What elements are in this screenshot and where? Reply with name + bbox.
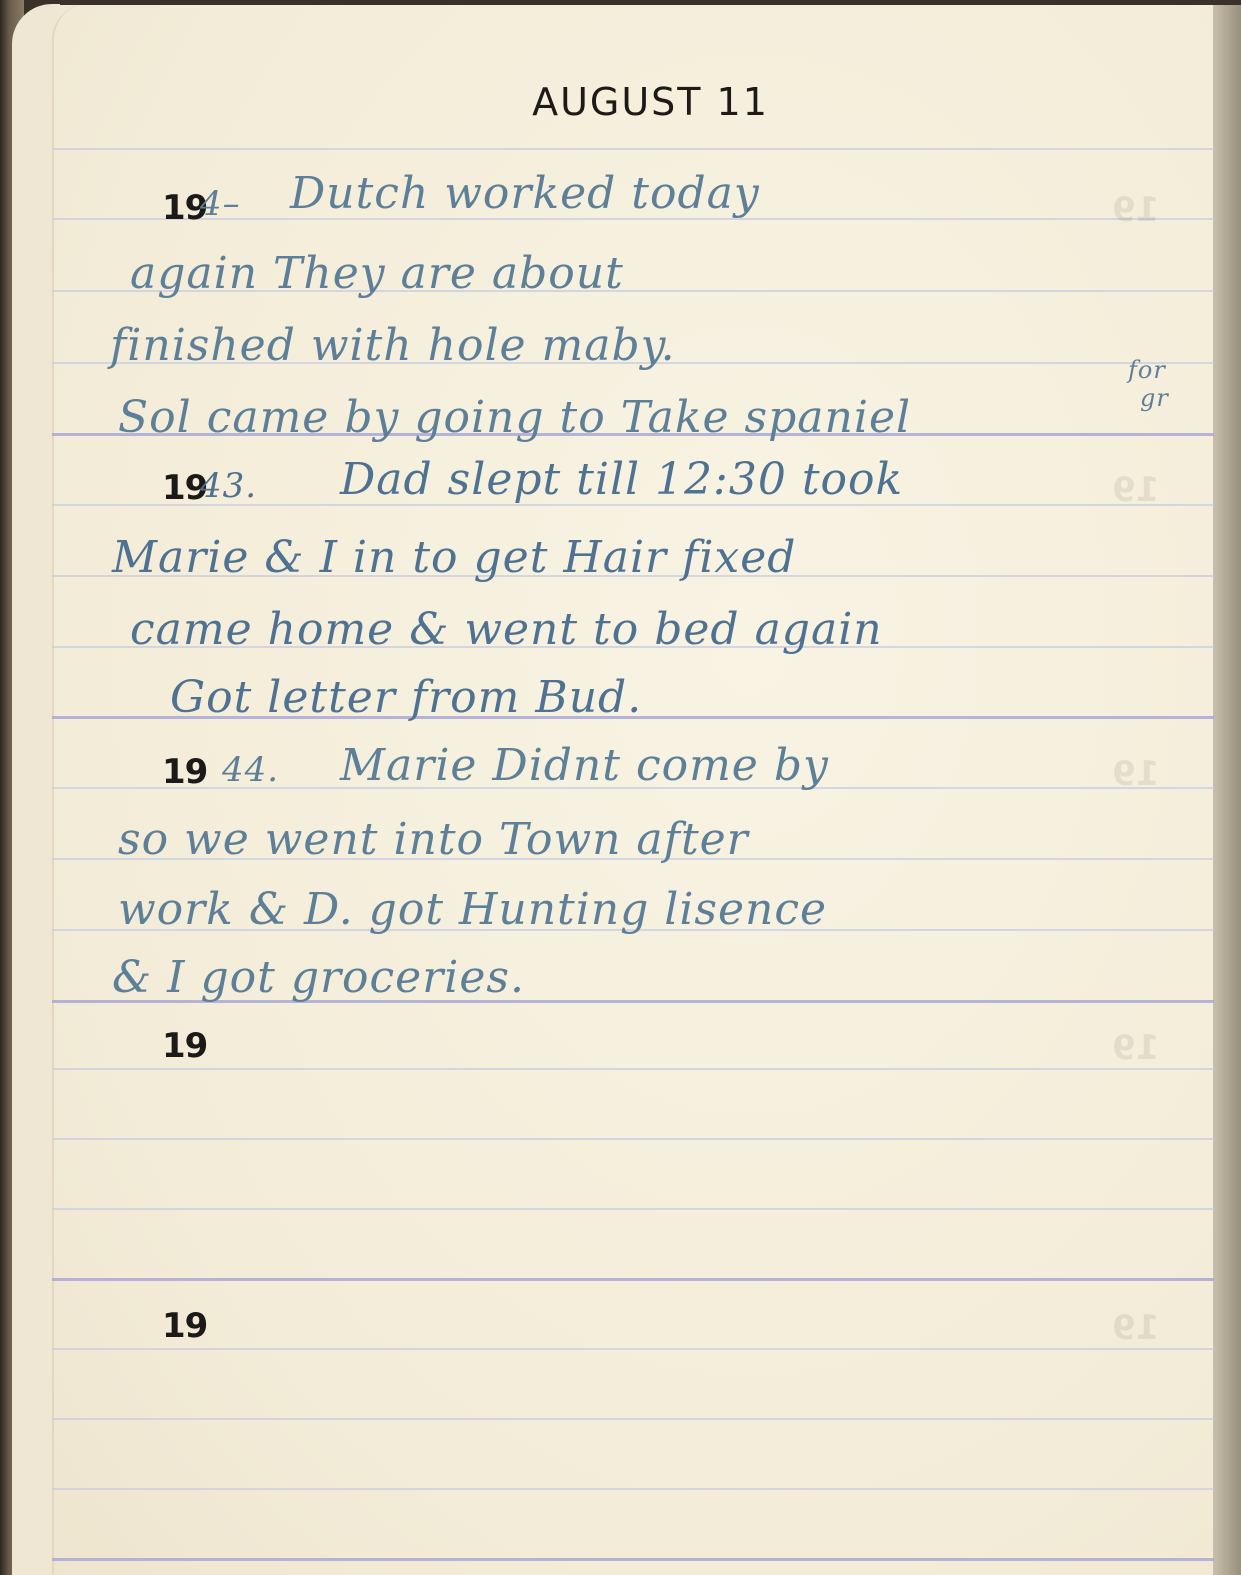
entry-line: finished with hole maby. [110, 320, 676, 371]
entry-line: Sol came by going to Take spaniel [118, 392, 911, 443]
year-suffix: 43. [200, 466, 257, 506]
ruled-line [52, 1348, 1214, 1350]
section-divider [52, 1558, 1214, 1561]
entry-line: again They are about [130, 248, 624, 299]
bleed-through-year: 19 [1112, 470, 1159, 510]
right-page-edge [1213, 0, 1241, 1575]
date-heading: AUGUST 11 [532, 80, 769, 124]
entry-line: Marie Didnt come by [340, 740, 829, 791]
entry-line: Dad slept till 12:30 took [340, 454, 903, 505]
ruled-line [52, 1208, 1214, 1210]
entry-line: came home & went to bed again [130, 604, 883, 655]
year-suffix: 44. [222, 750, 279, 790]
entry-line: Marie & I in to get Hair fixed [112, 532, 796, 583]
entry-line: Got letter from Bud. [170, 672, 642, 723]
ruled-line [52, 1488, 1214, 1490]
top-shadow [60, 0, 1241, 5]
year-prefix: 19 [162, 1026, 207, 1066]
margin-note: gr [1140, 384, 1169, 412]
bleed-through-year: 19 [1112, 190, 1159, 230]
entry-line: Dutch worked today [290, 168, 760, 219]
year-suffix: 4– [200, 184, 241, 224]
bleed-through-year: 19 [1112, 1028, 1159, 1068]
ruled-line [52, 1068, 1214, 1070]
ruled-line [52, 1418, 1214, 1420]
bleed-through-year: 19 [1112, 754, 1159, 794]
entry-line: work & D. got Hunting lisence [118, 884, 827, 935]
year-prefix: 19 [162, 752, 207, 792]
year-prefix: 19 [162, 1306, 207, 1346]
entry-line: & I got groceries. [112, 952, 525, 1003]
ruled-line [52, 1138, 1214, 1140]
entry-line: so we went into Town after [118, 814, 749, 865]
page-header: AUGUST 11 [0, 80, 1241, 124]
ruled-line [52, 148, 1214, 150]
margin-note: for [1128, 356, 1166, 384]
section-divider [52, 1278, 1214, 1281]
bleed-through-year: 19 [1112, 1308, 1159, 1348]
